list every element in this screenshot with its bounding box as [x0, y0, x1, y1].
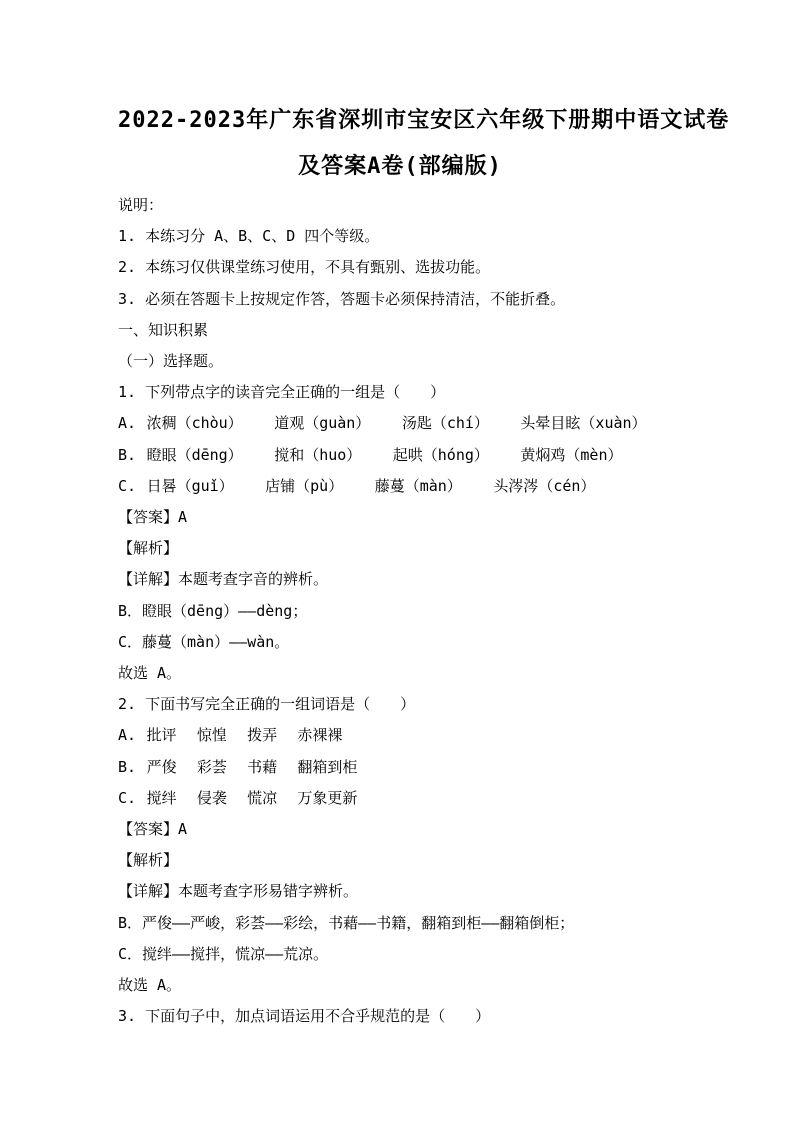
answer-value: A: [178, 508, 187, 526]
document-title-line-1: 2022-2023年广东省深圳市宝安区六年级下册期中语文试卷: [118, 98, 682, 144]
answer-label: 【答案】: [118, 508, 178, 526]
option-item: 严俊: [147, 758, 177, 776]
q2-analysis-label: 【解析】: [118, 845, 682, 876]
q2-option-a: A.批评惊惶拨弄赤裸裸: [118, 720, 682, 751]
option-item: 瞪眼（dēng）: [147, 446, 243, 464]
q1-explanation-b: B．瞪眼（dēng）——dèng；: [118, 596, 682, 627]
q1-conclusion: 故选 A。: [118, 658, 682, 689]
option-item: 拨弄: [247, 726, 277, 744]
option-item: 汤匙（chí）: [402, 414, 489, 432]
q2-answer-line: 【答案】A: [118, 814, 682, 845]
option-item: 黄焖鸡（mèn）: [520, 446, 622, 464]
q2-explanation-c: C．搅绊——搅拌，慌凉——荒凉。: [118, 939, 682, 970]
q2-stem: 2. 下面书写完全正确的一组词语是（ ）: [118, 689, 682, 720]
q1-option-b: B.瞪眼（dēng）搅和（huo）起哄（hóng）黄焖鸡（mèn）: [118, 440, 682, 471]
option-item: 道观（guàn）: [274, 414, 370, 432]
q2-detail: 【详解】本题考查字形易错字辨析。: [118, 876, 682, 907]
option-label: C.: [118, 789, 136, 807]
option-item: 搅和（huo）: [274, 446, 361, 464]
q1-explanation-c: C．藤蔓（màn）——wàn。: [118, 627, 682, 658]
option-item: 惊惶: [197, 726, 227, 744]
document-title-line-2: 及答案A卷(部编版): [118, 144, 682, 190]
q1-answer-line: 【答案】A: [118, 502, 682, 533]
answer-value: A: [178, 820, 187, 838]
option-item: 日晷（guǐ）: [147, 477, 234, 495]
q2-conclusion: 故选 A。: [118, 970, 682, 1001]
option-item: 书藉: [247, 758, 277, 776]
q1-analysis-label: 【解析】: [118, 533, 682, 564]
option-label: C.: [118, 477, 136, 495]
note-item-3: 3. 必须在答题卡上按规定作答，答题卡必须保持清洁，不能折叠。: [118, 284, 682, 315]
q2-explanation-b: B．严俊——严峻，彩荟——彩绘，书藉——书籍，翻箱到柜——翻箱倒柜；: [118, 908, 682, 939]
option-item: 店铺（pù）: [265, 477, 343, 495]
notes-heading: 说明：: [118, 190, 682, 221]
note-item-2: 2. 本练习仅供课堂练习使用，不具有甄别、选拔功能。: [118, 252, 682, 283]
document-body: 说明： 1. 本练习分 A、B、C、D 四个等级。 2. 本练习仅供课堂练习使用…: [118, 190, 682, 1032]
option-label: A.: [118, 414, 136, 432]
option-label: A.: [118, 726, 136, 744]
q1-detail: 【详解】本题考查字音的辨析。: [118, 564, 682, 595]
option-item: 翻箱到柜: [297, 758, 357, 776]
option-item: 批评: [147, 726, 177, 744]
option-item: 搅绊: [147, 789, 177, 807]
exam-paper-page: 2022-2023年广东省深圳市宝安区六年级下册期中语文试卷 及答案A卷(部编版…: [0, 0, 794, 1123]
q3-stem: 3. 下面句子中，加点词语运用不合乎规范的是（ ）: [118, 1001, 682, 1032]
option-item: 藤蔓（màn）: [375, 477, 462, 495]
q1-stem: 1. 下列带点字的读音完全正确的一组是（ ）: [118, 377, 682, 408]
q2-option-b: B.严俊彩荟书藉翻箱到柜: [118, 752, 682, 783]
option-item: 头涔涔（cén）: [493, 477, 595, 495]
q1-option-c: C.日晷（guǐ）店铺（pù）藤蔓（màn）头涔涔（cén）: [118, 471, 682, 502]
q1-option-a: A.浓稠（chòu）道观（guàn）汤匙（chí）头晕目眩（xuàn）: [118, 408, 682, 439]
section-heading: 一、知识积累: [118, 315, 682, 346]
option-item: 侵袭: [197, 789, 227, 807]
note-item-1: 1. 本练习分 A、B、C、D 四个等级。: [118, 221, 682, 252]
option-item: 慌凉: [247, 789, 277, 807]
document-title: 2022-2023年广东省深圳市宝安区六年级下册期中语文试卷 及答案A卷(部编版…: [118, 98, 682, 190]
option-item: 头晕目眩（xuàn）: [520, 414, 646, 432]
option-label: B.: [118, 758, 136, 776]
section-subheading: （一）选择题。: [118, 346, 682, 377]
q2-option-c: C.搅绊侵袭慌凉万象更新: [118, 783, 682, 814]
option-item: 万象更新: [297, 789, 357, 807]
option-item: 赤裸裸: [297, 726, 342, 744]
option-item: 浓稠（chòu）: [147, 414, 243, 432]
answer-label: 【答案】: [118, 820, 178, 838]
option-item: 彩荟: [197, 758, 227, 776]
option-label: B.: [118, 446, 136, 464]
option-item: 起哄（hóng）: [393, 446, 489, 464]
